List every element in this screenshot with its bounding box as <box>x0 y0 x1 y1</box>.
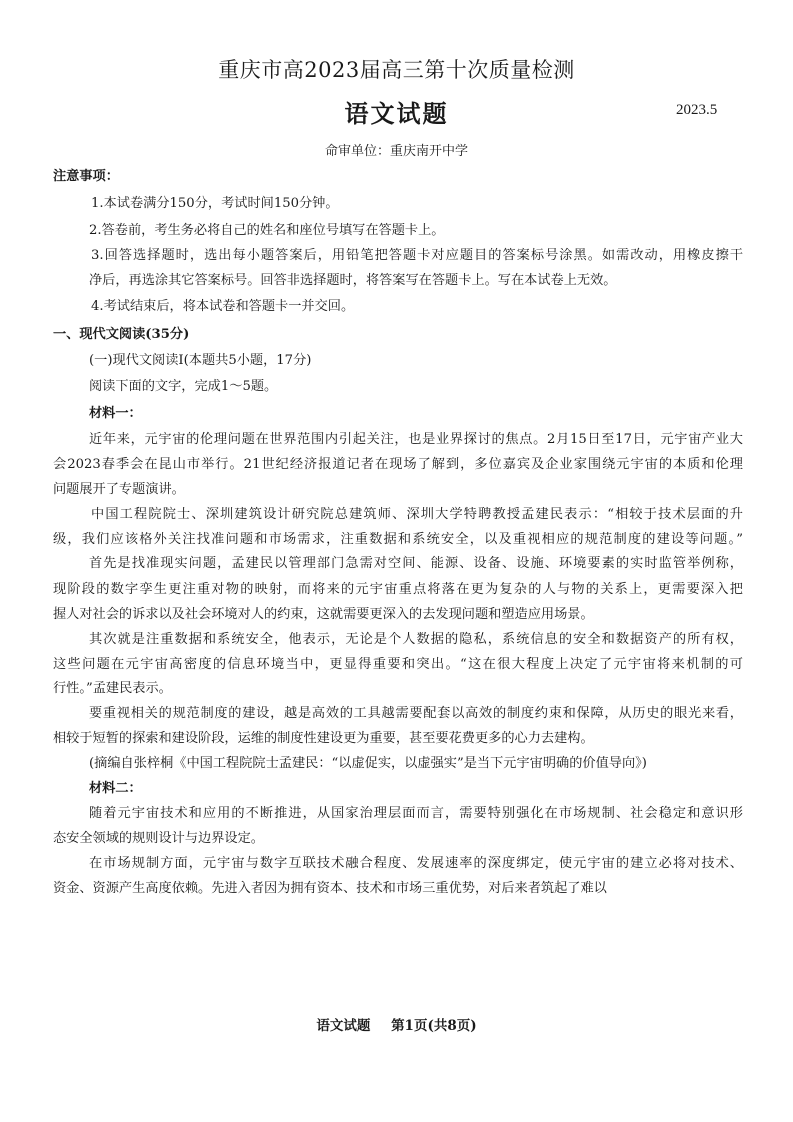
paragraph-line: 态安全领域的规则设计与边界设定。 <box>53 831 264 847</box>
notice-heading: 注意事项： <box>53 169 119 185</box>
paragraph-line: 随着元宇宙技术和应用的不断推进，从国家治理层面而言，需要特别强化在市场规制、社会… <box>89 806 743 822</box>
notice-item: 3.回答选择题时，选出每小题答案后，用铅笔把答题卡对应题目的答案标号涂黑。如需改… <box>91 248 743 264</box>
notice-item-cont: 净后，再选涂其它答案标号。回答非选择题时，将答案写在答题卡上。写在本试卷上无效。 <box>89 273 617 289</box>
paragraph-line: 其次就是注重数据和系统安全，他表示，无论是个人数据的隐私，系统信息的安全和数据资… <box>89 632 743 648</box>
issuing-unit: 命审单位：重庆南开中学 <box>0 140 793 159</box>
footer-page-number: 第1页(共8页) <box>391 1018 477 1034</box>
paragraph-line: 首先是找准现实问题，孟建民以管理部门急需对空间、能源、设备、设施、环境要素的实时… <box>89 556 743 572</box>
paragraph-line: 现阶段的数字孪生更注重对物的映射，而将来的元宇宙重点将落在更为复杂的人与物的关系… <box>53 582 743 598</box>
paragraph-line: 问题展开了专题演讲。 <box>53 482 185 498</box>
material-1-label: 材料一： <box>89 406 142 422</box>
paragraph-line: 在市场规制方面，元宇宙与数字互联技术融合程度、发展速率的深度绑定，使元宇宙的建立… <box>89 856 743 872</box>
notice-item: 4.考试结束后，将本试卷和答题卡一并交回。 <box>91 299 354 315</box>
reading-instruction: 阅读下面的文字，完成1～5题。 <box>89 379 277 395</box>
page-footer: 语文试题 第1页(共8页) <box>0 1014 793 1034</box>
notice-item: 1.本试卷满分150分，考试时间150分钟。 <box>91 196 339 212</box>
footer-subject: 语文试题 <box>316 1018 370 1034</box>
material-1-source: (摘编自张梓桐《中国工程院院士孟建民：“以虚促实，以虚强实”是当下元宇宙明确的价… <box>89 756 647 772</box>
paragraph-line: 资金、资源产生高度依赖。先进入者因为拥有资本、技术和市场三重优势，对后来者筑起了… <box>53 881 607 897</box>
paragraph-line: 这些问题在元宇宙高密度的信息环境当中，更显得重要和突出。“这在很大程度上决定了元… <box>53 657 743 673</box>
sub-section-heading: (一)现代文阅读Ⅰ(本题共5小题，17分) <box>89 353 311 369</box>
exam-title: 重庆市高2023届高三第十次质量检测 <box>0 54 793 84</box>
notice-item: 2.答卷前，考生务必将自己的姓名和座位号填写在答题卡上。 <box>89 223 444 239</box>
paragraph-line: 握人对社会的诉求以及社会环境对人的约束，这就需要更深入的去发现问题和塑造应用场景… <box>53 607 594 623</box>
paragraph-line: 级，我们应该格外关注找准问题和市场需求，注重数据和系统安全，以及重视相应的规范制… <box>53 532 743 548</box>
paragraph-line: 会2023春季会在昆山市举行。21世纪经济报道记者在现场了解到，多位嘉宾及企业家… <box>53 457 743 473</box>
paragraph-line: 行性。”孟建民表示。 <box>53 681 172 697</box>
material-2-label: 材料二： <box>89 781 142 797</box>
paragraph-line: 近年来，元宇宙的伦理问题在世界范围内引起关注，也是业界探讨的焦点。2月15日至1… <box>89 432 743 448</box>
section-heading: 一、现代文阅读(35分) <box>53 327 189 343</box>
paragraph-line: 要重视相关的规范制度的建设，越是高效的工具越需要配套以高效的制度约束和保障，从历… <box>89 706 743 722</box>
subject-title: 语文试题 <box>0 94 793 129</box>
paragraph-line: 中国工程院院士、深圳建筑设计研究院总建筑师、深圳大学特聘教授孟建民表示：“相较于… <box>91 507 743 523</box>
exam-date: 2023.5 <box>676 102 717 119</box>
paragraph-line: 相较于短暂的探索和建设阶段，运维的制度性建设更为重要，甚至要花费更多的心力去建构… <box>53 731 594 747</box>
